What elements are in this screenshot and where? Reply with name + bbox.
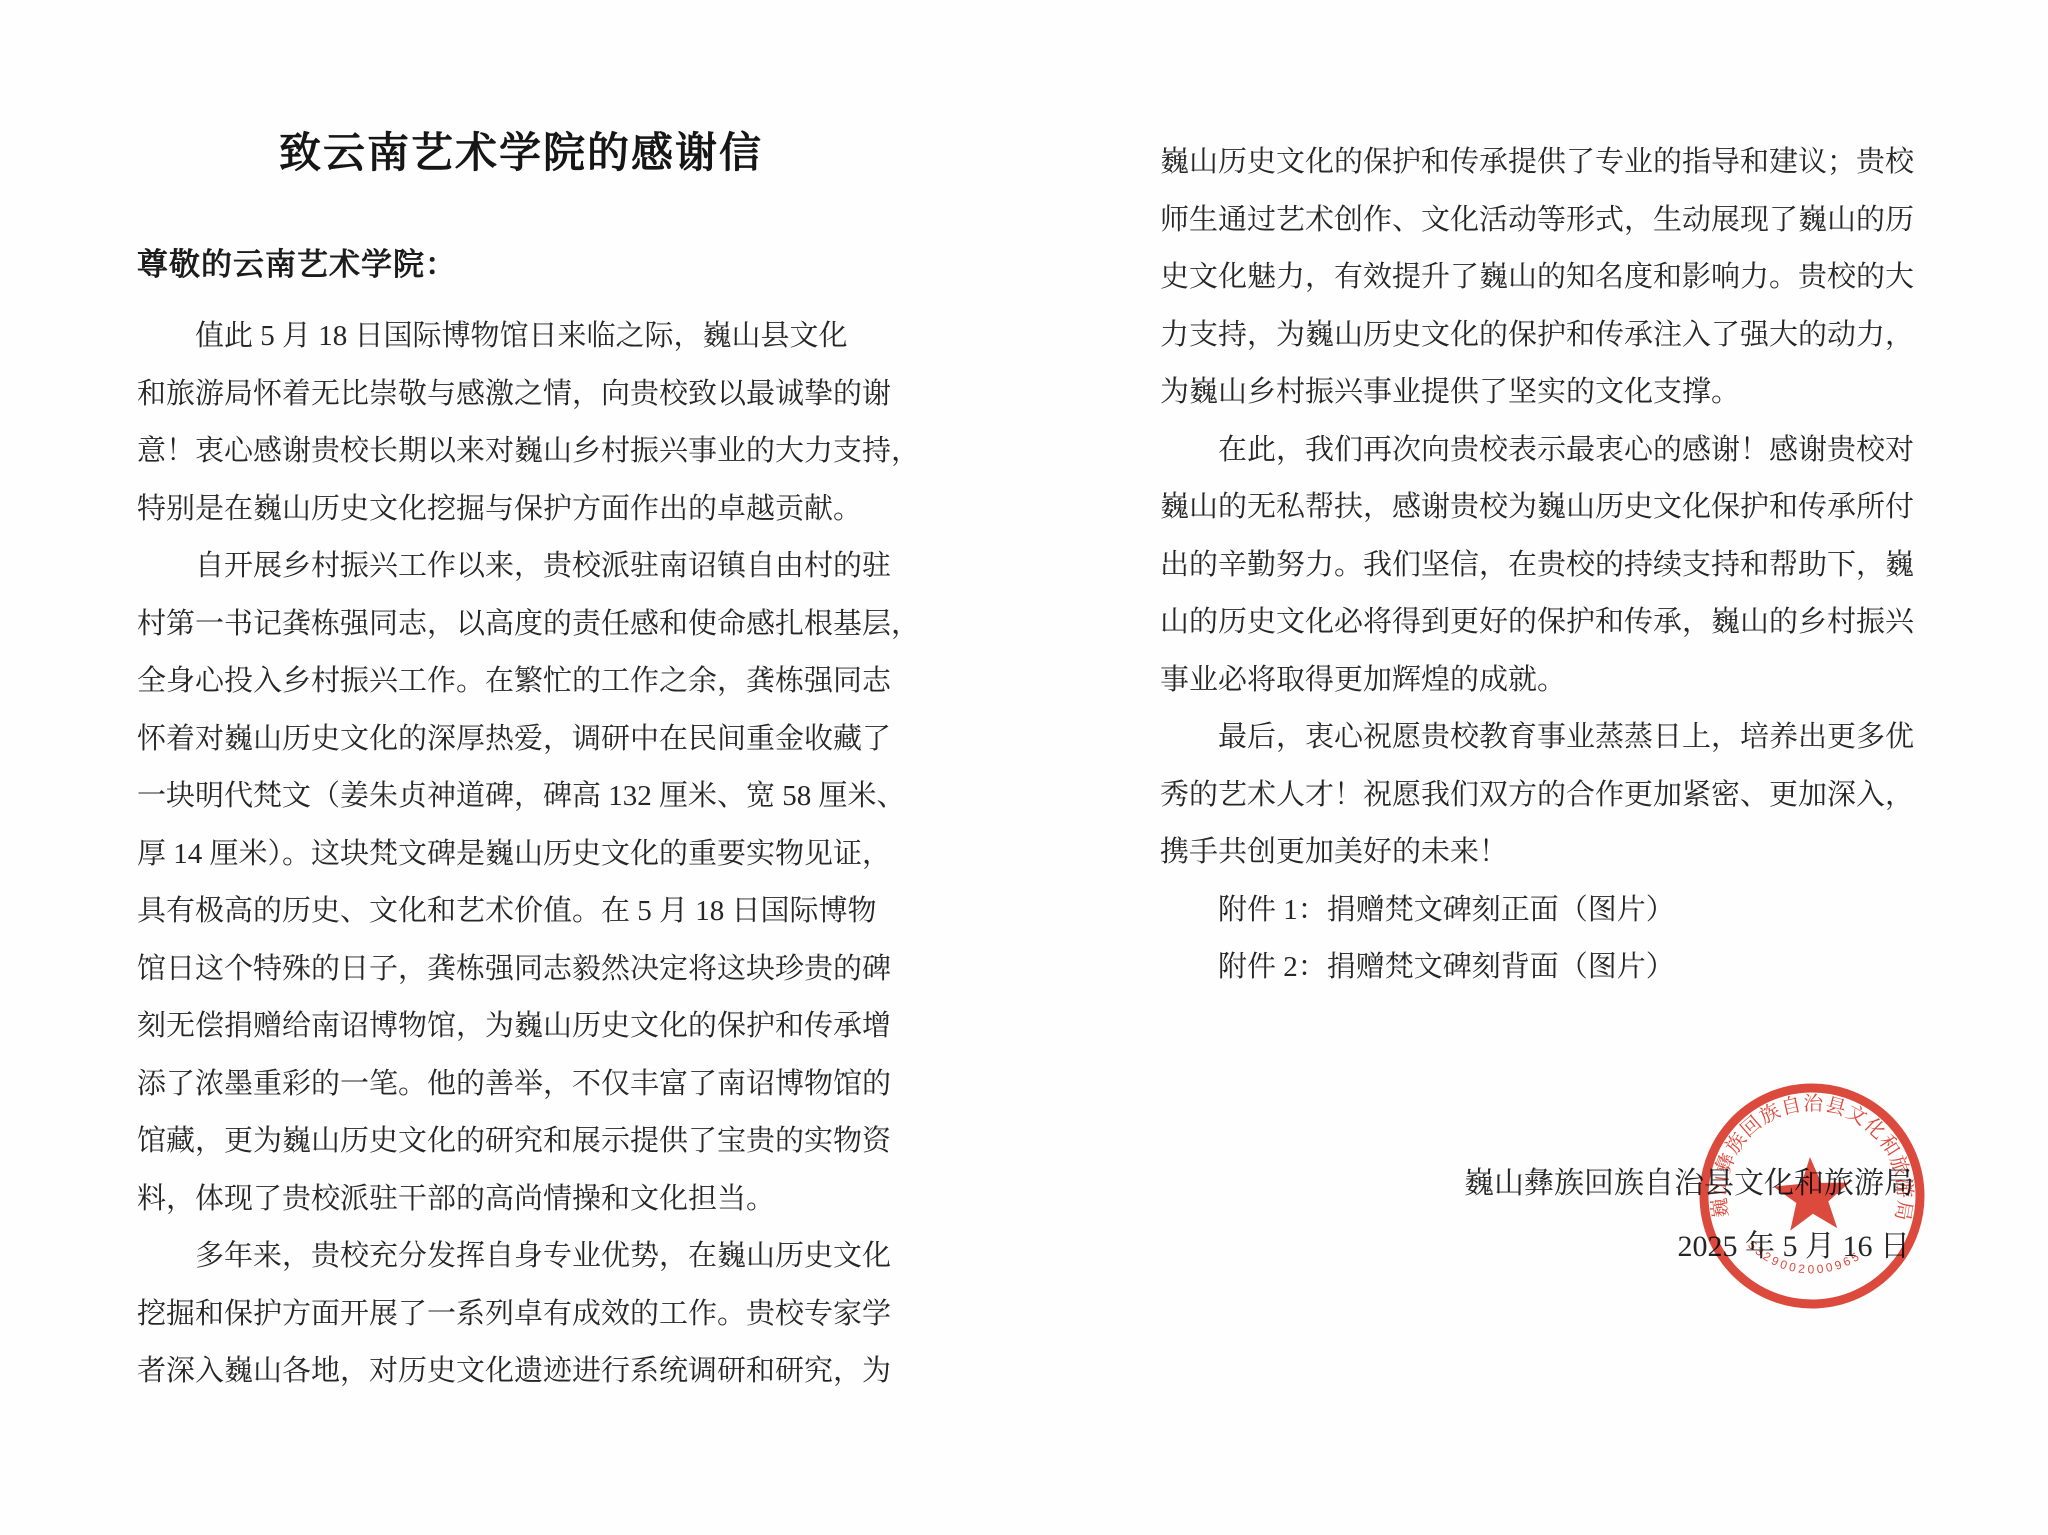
text-line: 值此 5 月 18 日国际博物馆日来临之际，巍山县文化 bbox=[137, 308, 905, 366]
text-line: 刻无偿捐赠给南诏博物馆，为巍山历史文化的保护和传承增 bbox=[137, 998, 905, 1056]
text-line: 师生通过艺术创作、文化活动等形式，生动展现了巍山的历 bbox=[1160, 192, 1932, 250]
text-line: 多年来，贵校充分发挥自身专业优势，在巍山历史文化 bbox=[137, 1228, 905, 1286]
letter-body-right-column: 巍山历史文化的保护和传承提供了专业的指导和建议；贵校师生通过艺术创作、文化活动等… bbox=[1160, 134, 1932, 997]
text-line: 厚 14 厘米）。这块梵文碑是巍山历史文化的重要实物见证， bbox=[137, 826, 905, 884]
text-line: 巍山的无私帮扶，感谢贵校为巍山历史文化保护和传承所付 bbox=[1160, 479, 1932, 537]
letter-title: 致云南艺术学院的感谢信 bbox=[137, 118, 905, 188]
text-line: 挖掘和保护方面开展了一系列卓有成效的工作。贵校专家学 bbox=[137, 1286, 905, 1344]
letter-page: 致云南艺术学院的感谢信 尊敬的云南艺术学院： 值此 5 月 18 日国际博物馆日… bbox=[0, 0, 2048, 1535]
text-line: 在此，我们再次向贵校表示最衷心的感谢！感谢贵校对 bbox=[1160, 422, 1932, 480]
text-line: 最后，衷心祝愿贵校教育事业蒸蒸日上，培养出更多优 bbox=[1160, 709, 1932, 767]
text-line: 具有极高的历史、文化和艺术价值。在 5 月 18 日国际博物 bbox=[137, 883, 905, 941]
official-red-seal: 巍山彝族回族自治县文化和旅游局 5329002000965 bbox=[1686, 1068, 1938, 1324]
text-line: 和旅游局怀着无比崇敬与感激之情，向贵校致以最诚挚的谢 bbox=[137, 366, 905, 424]
letter-salutation: 尊敬的云南艺术学院： bbox=[137, 243, 905, 287]
text-line: 自开展乡村振兴工作以来，贵校派驻南诏镇自由村的驻 bbox=[137, 538, 905, 596]
text-line: 附件 1：捐赠梵文碑刻正面（图片） bbox=[1160, 882, 1932, 940]
text-line: 附件 2：捐赠梵文碑刻背面（图片） bbox=[1160, 939, 1932, 997]
text-line: 山的历史文化必将得到更好的保护和传承，巍山的乡村振兴 bbox=[1160, 594, 1932, 652]
text-line: 全身心投入乡村振兴工作。在繁忙的工作之余，龚栋强同志 bbox=[137, 653, 905, 711]
text-line: 特别是在巍山历史文化挖掘与保护方面作出的卓越贡献。 bbox=[137, 481, 905, 539]
text-line: 添了浓墨重彩的一笔。他的善举，不仅丰富了南诏博物馆的 bbox=[137, 1056, 905, 1114]
text-line: 巍山历史文化的保护和传承提供了专业的指导和建议；贵校 bbox=[1160, 134, 1932, 192]
text-line: 怀着对巍山历史文化的深厚热爱，调研中在民间重金收藏了 bbox=[137, 711, 905, 769]
seal-serial-number: 5329002000965 bbox=[1745, 1232, 1865, 1280]
text-line: 秀的艺术人才！祝愿我们双方的合作更加紧密、更加深入， bbox=[1160, 767, 1932, 825]
seal-star-icon bbox=[1772, 1155, 1852, 1231]
text-line: 馆日这个特殊的日子，龚栋强同志毅然决定将这块珍贵的碑 bbox=[137, 941, 905, 999]
text-line: 为巍山乡村振兴事业提供了坚实的文化支撑。 bbox=[1160, 364, 1932, 422]
text-line: 一块明代梵文（姜朱贞神道碑，碑高 132 厘米、宽 58 厘米、 bbox=[137, 768, 905, 826]
text-line: 携手共创更加美好的未来！ bbox=[1160, 824, 1932, 882]
text-line: 村第一书记龚栋强同志，以高度的责任感和使命感扎根基层， bbox=[137, 596, 905, 654]
text-line: 事业必将取得更加辉煌的成就。 bbox=[1160, 652, 1932, 710]
letter-body-left-column: 值此 5 月 18 日国际博物馆日来临之际，巍山县文化和旅游局怀着无比崇敬与感激… bbox=[137, 308, 905, 1401]
text-line: 力支持，为巍山历史文化的保护和传承注入了强大的动力， bbox=[1160, 307, 1932, 365]
text-line: 史文化魅力，有效提升了巍山的知名度和影响力。贵校的大 bbox=[1160, 249, 1932, 307]
text-line: 者深入巍山各地，对历史文化遗迹进行系统调研和研究，为 bbox=[137, 1343, 905, 1401]
text-line: 出的辛勤努力。我们坚信，在贵校的持续支持和帮助下，巍 bbox=[1160, 537, 1932, 595]
text-line: 意！衷心感谢贵校长期以来对巍山乡村振兴事业的大力支持， bbox=[137, 423, 905, 481]
text-line: 馆藏，更为巍山历史文化的研究和展示提供了宝贵的实物资 bbox=[137, 1113, 905, 1171]
svg-text:5329002000965: 5329002000965 bbox=[1745, 1232, 1865, 1280]
text-line: 料，体现了贵校派驻干部的高尚情操和文化担当。 bbox=[137, 1171, 905, 1229]
